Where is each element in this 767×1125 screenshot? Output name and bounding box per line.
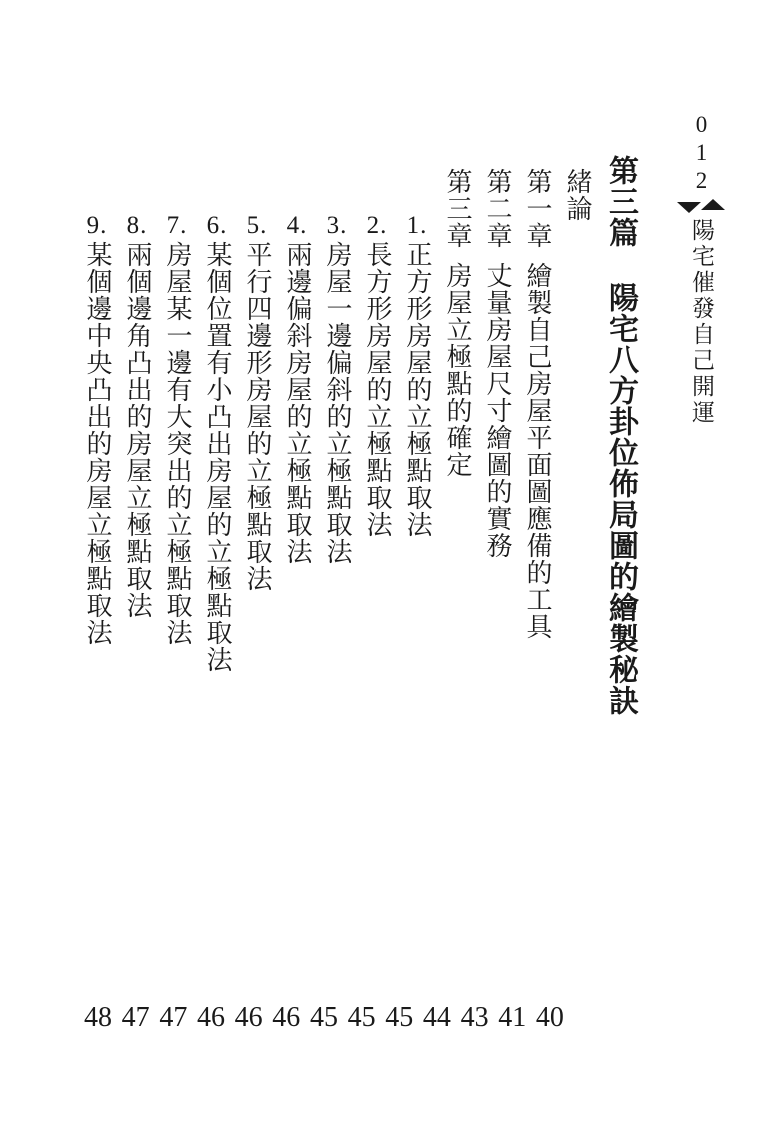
toc-entry-intro: 緒論 bbox=[557, 155, 597, 955]
entry-title: 房屋某一邊有大突出的立極點取法 bbox=[163, 241, 192, 646]
entry-title: 兩邊偏斜房屋的立極點取法 bbox=[283, 241, 312, 565]
entry-title: 正方形房屋的立極點取法 bbox=[403, 241, 432, 538]
entry-title: 繪製自己房屋平面圖應備的工具 bbox=[523, 262, 552, 640]
entry-label: 第一章 bbox=[523, 168, 552, 249]
entry-title: 丈量房屋尺寸繪圖的實務 bbox=[483, 262, 512, 559]
toc-entry-item-8: 8.兩個邊角凸出的房屋立極點取法 bbox=[117, 155, 157, 955]
running-header: 012陽宅催發自己開運 bbox=[677, 112, 725, 426]
part-name: 陽宅八方卦位佈局圖的繪製秘訣 bbox=[604, 282, 637, 716]
page-number: 41 bbox=[498, 1002, 526, 1034]
entry-label: 緒論 bbox=[563, 168, 592, 222]
page-number-row: 48 47 47 46 46 46 45 45 45 44 43 41 40 bbox=[84, 1002, 564, 1034]
entry-number: 7. bbox=[167, 213, 188, 238]
part-title: 第三篇陽宅八方卦位佈局圖的繪製秘訣 bbox=[597, 155, 643, 955]
table-of-contents: 第三篇陽宅八方卦位佈局圖的繪製秘訣 緒論 第一章繪製自己房屋平面圖應備的工具 第… bbox=[77, 155, 643, 955]
entry-number: 6. bbox=[207, 213, 228, 238]
toc-entry-item-2: 2.長方形房屋的立極點取法 bbox=[357, 155, 397, 955]
running-title: 陽宅催發自己開運 bbox=[689, 218, 714, 426]
toc-entry-item-5: 5.平行四邊形房屋的立極點取法 bbox=[237, 155, 277, 955]
entry-label: 第三章 bbox=[443, 168, 472, 249]
page-number: 45 bbox=[310, 1002, 338, 1034]
page-number: 48 bbox=[84, 1002, 112, 1034]
toc-entry-item-6: 6.某個位置有小凸出房屋的立極點取法 bbox=[197, 155, 237, 955]
page-number: 45 bbox=[348, 1002, 376, 1034]
page-number: 43 bbox=[461, 1002, 489, 1034]
toc-entry-chapter-2: 第二章丈量房屋尺寸繪圖的實務 bbox=[477, 155, 517, 955]
entry-title: 平行四邊形房屋的立極點取法 bbox=[243, 241, 272, 592]
entry-title: 房屋立極點的確定 bbox=[443, 262, 472, 478]
toc-entry-item-1: 1.正方形房屋的立極點取法 bbox=[397, 155, 437, 955]
entry-title: 長方形房屋的立極點取法 bbox=[363, 241, 392, 538]
toc-entry-chapter-3: 第三章房屋立極點的確定 bbox=[437, 155, 477, 955]
entry-title: 某個位置有小凸出房屋的立極點取法 bbox=[203, 241, 232, 673]
folio-number: 012 bbox=[689, 112, 714, 196]
page-number: 46 bbox=[272, 1002, 300, 1034]
entry-title: 某個邊中央凸出的房屋立極點取法 bbox=[83, 241, 112, 646]
entry-number: 2. bbox=[367, 213, 388, 238]
toc-entry-chapter-1: 第一章繪製自己房屋平面圖應備的工具 bbox=[517, 155, 557, 955]
entry-number: 1. bbox=[407, 213, 428, 238]
book-page: 012陽宅催發自己開運 第三篇陽宅八方卦位佈局圖的繪製秘訣 緒論 第一章繪製自己… bbox=[0, 0, 767, 1125]
entry-title: 房屋一邊偏斜的立極點取法 bbox=[323, 241, 352, 565]
part-label: 第三篇 bbox=[604, 155, 637, 248]
page-number: 46 bbox=[197, 1002, 225, 1034]
toc-entry-item-4: 4.兩邊偏斜房屋的立極點取法 bbox=[277, 155, 317, 955]
page-number: 45 bbox=[385, 1002, 413, 1034]
entry-number: 5. bbox=[247, 213, 268, 238]
entry-label: 第二章 bbox=[483, 168, 512, 249]
toc-entry-item-3: 3.房屋一邊偏斜的立極點取法 bbox=[317, 155, 357, 955]
entry-number: 3. bbox=[327, 213, 348, 238]
entry-number: 4. bbox=[287, 213, 308, 238]
page-number: 46 bbox=[235, 1002, 263, 1034]
page-number: 47 bbox=[159, 1002, 187, 1034]
page-number: 47 bbox=[122, 1002, 150, 1034]
entry-number: 8. bbox=[127, 213, 148, 238]
entry-title: 兩個邊角凸出的房屋立極點取法 bbox=[123, 241, 152, 619]
page-number: 44 bbox=[423, 1002, 451, 1034]
page-number: 40 bbox=[536, 1002, 564, 1034]
toc-entry-item-9: 9.某個邊中央凸出的房屋立極點取法 bbox=[77, 155, 117, 955]
toc-entry-item-7: 7.房屋某一邊有大突出的立極點取法 bbox=[157, 155, 197, 955]
diamond-icon bbox=[677, 199, 725, 213]
entry-number: 9. bbox=[87, 213, 108, 238]
